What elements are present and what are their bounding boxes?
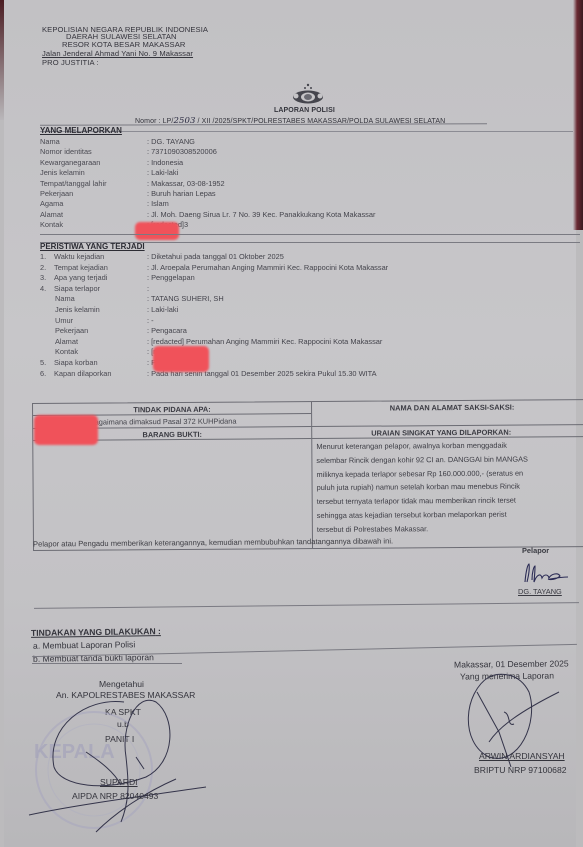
field-value: : Jl. Aroepala Perumahan Anging Mammiri … [147,263,388,272]
redaction-mark [135,222,179,240]
tindakan-heading: TINDAKAN YANG DILAKUKAN : [31,626,161,638]
place-date: Makassar, 01 Desember 2025 [454,658,569,669]
field-label: Kewarganegaraan [40,158,100,167]
supardi-name: SUPARDI [100,777,138,787]
uraian-line: Menurut keterangan pelapor, awalnya korb… [316,439,528,454]
uraian-line: sehingga atas kejadian tersebut korban m… [317,508,529,523]
penerima-name: ARWIN ARDIANSYAH [479,751,565,761]
pelapor-sign-title: Pelapor [522,546,549,555]
letterhead-address: Jalan Jenderal Ahmad Yani No. 9 Makassar [42,49,193,58]
field-value: : TATANG SUHERI, SH [147,294,224,303]
field-label: Tempat kejadian [54,263,108,272]
field-value: : - [147,316,154,325]
field-label: Pekerjaan [40,189,73,198]
item-number: 2. [40,263,46,272]
field-value: : Islam [147,199,169,208]
field-value: : Pengacara [147,326,187,335]
redaction-mark [153,346,209,372]
field-label: Kontak [40,220,63,229]
report-heading: LAPORAN POLISI [274,107,335,114]
report-table: TINDAK PIDANA APA: Penggelapan sebagaima… [32,399,583,551]
photo-background-edge [573,0,583,230]
field-label: Jenis kelamin [40,168,85,177]
field-value: : Laki-laki [147,305,178,314]
pelapor-section-heading: YANG MELAPORKAN [40,126,122,135]
field-value: : [147,284,149,293]
pelapor-signature-icon [520,560,570,586]
field-label: Tempat/tanggal lahir [40,179,107,188]
field-label: Kontak [55,347,78,356]
field-value: : Penggelapan [147,273,195,282]
uraian-body: Menurut keterangan pelapor, awalnya korb… [316,439,528,537]
field-label: Jenis kelamin [55,305,100,314]
uraian-line: tersebut ternyata terlapor tidak mau mem… [317,494,529,509]
field-label: Agama [40,199,63,208]
field-label: Nama [40,137,60,146]
peristiwa-section-heading: PERISTIWA YANG TERJADI [40,242,145,251]
letterhead-line3: RESOR KOTA BESAR MAKASSAR [62,40,185,49]
field-label: Nama [55,294,75,303]
item-number: 3. [40,273,46,282]
field-value: : Indonesia [147,158,183,167]
field-label: Kapan dilaporkan [54,369,112,378]
supardi-nrp: AIPDA NRP 82040493 [72,791,158,801]
item-number: 4. [40,284,46,293]
pelapor-sign-name: DG. TAYANG [518,587,562,596]
uraian-line: puluh juta rupiah) namun setelah korban … [317,480,529,495]
field-label: Pekerjaan [55,326,88,335]
mengetahui-label: Mengetahui [99,679,144,689]
penerima-nrp: BRIPTU NRP 97100682 [474,765,567,775]
field-value: : Makassar, 03-08-1952 [147,179,225,188]
item-number: 6. [40,369,46,378]
police-emblem-icon [291,83,325,105]
field-value: : 7371090308520006 [147,147,217,156]
field-value: : Laki-laki [147,168,178,177]
police-report-paper: KEPOLISIAN NEGARA REPUBLIK INDONESIA DAE… [4,0,576,847]
field-label: Waktu kejadian [54,252,104,261]
uraian-line: selembar Rincik dengan kohir 92 CI an. D… [316,452,528,467]
field-label: Umur [55,316,73,325]
field-value: : DG. TAYANG [147,137,195,146]
item-number: 5. [40,358,46,367]
field-label: Nomor identitas [40,147,92,156]
field-label: Siapa korban [54,358,98,367]
uraian-header: URAIAN SINGKAT YANG DILAPORKAN: [311,427,571,438]
field-value: : Diketahui pada tanggal 01 Oktober 2025 [147,252,284,261]
field-value: : Buruh harian Lepas [147,189,216,198]
field-label: Siapa terlapor [54,284,100,293]
tindakan-item: a. Membuat Laporan Polisi [33,639,135,650]
field-value: : [redacted] Perumahan Anging Mammiri Ke… [147,337,382,346]
pro-justitia: PRO JUSTITIA : [42,58,99,67]
field-value: : Jl. Moh. Daeng Sirua Lr. 7 No. 39 Kec.… [147,210,375,219]
field-label: Apa yang terjadi [54,273,107,282]
redaction-mark [34,415,98,445]
item-number: 1. [40,252,46,261]
supardi-signature-icon [26,697,216,837]
field-label: Alamat [40,210,63,219]
uraian-line: miliknya kepada terlapor sebesar Rp 160.… [316,466,528,481]
saksi-header: NAMA DAN ALAMAT SAKSI-SAKSI: [311,402,583,413]
uraian-line: tersebut di Polrestabes Makassar. [317,521,529,536]
field-label: Alamat [55,337,78,346]
